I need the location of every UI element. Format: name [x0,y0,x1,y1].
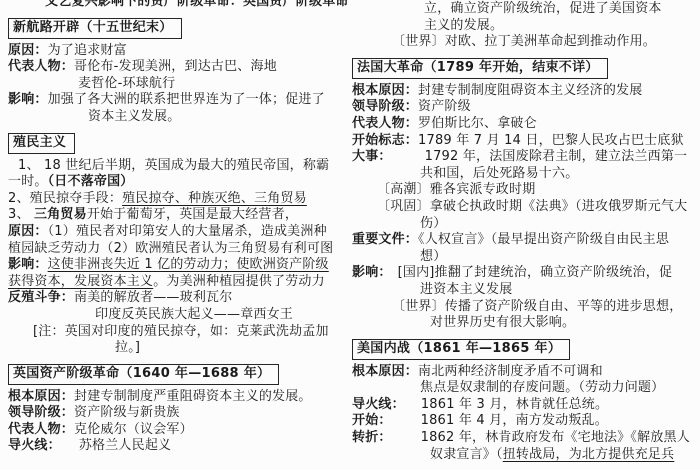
label: 开始： [352,413,392,428]
underlined-text: 获得资本，发展资本主义 [8,274,153,289]
right-column: 立，确立资产阶级统治，促进了美国资本 主义的发展。 〔世界〕对欧、拉丁美洲革命起… [352,1,698,463]
section-french-revolution: 法国大革命（1789 年开始，结束不详） [352,56,698,78]
text-line: 导火线：苏格兰人民起义 [8,438,352,455]
value: 3、 [8,207,34,222]
value: 南北两种经济制度矛盾不可调和 [418,364,603,379]
value: 植园缺乏劳动力（2）欧洲殖民者认为三角贸易有利可图 [8,241,333,256]
section-new-routes: 新航路开辟（十五世纪末） [8,16,352,38]
value: 进资本主义发展 [420,282,512,297]
value: 哥伦布-发现美洲，到达古巴、海地 [74,59,277,74]
text-line: 原因：（1）殖民者对印第安人的大量屠杀，造成美洲种 [8,224,352,241]
highlight: 三角贸易 [34,207,87,222]
text-line: 转折：1862 年，林肯政府发布《宅地法》《解放黑人 [352,430,698,447]
text-line: 焦点是奴隶制的存废问题。（劳动力问题） [352,380,698,397]
value: 1862 年，林肯政府发布《宅地法》《解放黑人 [421,430,690,445]
text-line: 影响：[国内]推翻了封建统治，确立资产阶级统治，促 [352,265,698,282]
label: 影响： [352,265,392,280]
text-line: [注：英国对印度的殖民掠夺，如：克莱武洗劫孟加 [8,324,352,341]
value: 立，确立资产阶级统治，促进了美国资本 [424,1,662,16]
text-line: 重要文件：《人权宣言》（最早提出资产阶级自由民主思 [352,232,698,249]
text-line: 大事：1792 年，法国废除君主制，建立法兰西第一 [352,149,698,166]
underlined-text: 殖民掠夺、种族灭绝、三角贸易 [122,191,307,206]
text-line: 领导阶级：资产阶级与新贵族 [8,405,352,422]
value: 印度反英民族大起义——章西女王 [95,307,293,322]
value: 主义的发展。 [424,18,503,33]
text-line: 拉。] [8,340,352,357]
underlined-text: 扭转战局，为北方提供充足兵 [503,447,675,462]
text-line: 影响：这使非洲丧失近 1 亿的劳动力；使欧洲资产阶级 [8,257,352,274]
text-line: 1、 18 世纪后半期，英国成为最大的殖民帝国，称霸 [8,158,352,175]
value: 资本主义发展。 [88,109,180,124]
label: 领导阶级： [352,99,418,114]
label: 大事： [352,149,392,164]
left-column: 文艺复兴影响下的资产阶级革命：英国资产阶级革命 新航路开辟（十五世纪末） 原因：… [8,0,352,455]
text-line: 奴隶宣言》（扭转战局，为北方提供充足兵 [352,447,698,464]
label: 原因： [8,43,48,58]
text-line: 代表人物：哥伦布-发现美洲，到达古巴、海地 [8,59,352,76]
text-line: 立，确立资产阶级统治，促进了美国资本 [352,1,698,18]
value: 〔世界〕对欧、拉丁美洲革命起到推动作用。 [392,34,656,49]
label: 领导阶级： [8,405,74,420]
section-colonialism: 殖民主义 [8,131,352,153]
value: 。为美洲种植园提供了劳动力 [153,274,325,289]
label: 导火线： [352,397,405,412]
notes-page: { "page": { "background": "#fcfcfc", "te… [0,0,700,470]
label: 原因： [8,224,48,239]
text-line: 获得资本，发展资本主义。为美洲种植园提供了劳动力 [8,274,352,291]
label: 根本原因： [8,389,74,404]
section-title-new-routes: 新航路开辟（十五世纪末） [8,18,182,39]
text-line: 共和国，后处死路易十六。 [352,166,698,183]
value: 共和国，后处死路易十六。 [420,166,578,181]
section-title-colonialism: 殖民主义 [8,133,75,154]
text-line: 根本原因：封建专制制度严重阻碍资本主义的发展。 [8,389,352,406]
text-line: 伤） [352,216,698,233]
value: 对世界历史有很大影响。 [430,315,575,330]
value: 焦点是奴隶制的存废问题。（劳动力问题） [420,380,664,395]
value: 封建专制制度阻碍资本主义经济的发展 [418,83,642,98]
text-line: 影响：加强了各大洲的联系把世界连为了一体；促进了 [8,92,352,109]
text-line: 代表人物：克伦威尔（议会军） [8,422,352,439]
value: 开始于葡萄牙，英国是最大经营者， [87,207,298,222]
underlined-text: 这使非洲丧失近 1 亿的劳动力；使欧洲资产阶级 [48,257,329,272]
value: 资产阶级 [418,99,471,114]
label: 导火线： [8,438,61,453]
label: 2、殖民掠夺手段： [8,191,122,206]
label: 根本原因： [352,83,418,98]
text-line: 2、殖民掠夺手段：殖民掠夺、种族灭绝、三角贸易 [8,191,352,208]
text-line: 根本原因：南北两种经济制度矛盾不可调和 [352,364,698,381]
text-line: 反殖斗争：南美的解放者——玻利瓦尔 [8,290,352,307]
value: 〔世界〕传播了资产阶级自由、平等的进步思想， [392,299,682,314]
text-line: 想） [352,249,698,266]
value: 1861 年 4 月，南方发动叛乱。 [421,413,608,428]
value: 拉。] [115,340,140,355]
section-american-civil-war: 美国内战（1861 年—1865 年） [352,337,698,359]
label: 影响： [8,92,48,107]
text-line: 3、 三角贸易开始于葡萄牙，英国是最大经营者， [8,207,352,224]
label: 重要文件： [352,232,418,247]
value: 资产阶级与新贵族 [74,405,180,420]
text-line: 〔世界〕传播了资产阶级自由、平等的进步思想， [352,299,698,316]
text-line: 导火线：1861 年 3 月，林肯就任总统。 [352,397,698,414]
value: 为了追求财富 [48,43,127,58]
value: 加强了各大洲的联系把世界连为了一体；促进了 [48,92,325,107]
text-line: 麦哲伦-环球航行 [8,76,352,93]
label: 代表人物： [8,59,74,74]
text-line: 〔巩固〕拿破仑执政时期《法典》（进攻俄罗斯元气大 [352,199,698,216]
value: 南美的解放者——玻利瓦尔 [74,290,232,305]
value: 想） [420,249,446,264]
value: 奴隶宣言》（ [430,447,503,462]
intro-line: 文艺复兴影响下的资产阶级革命：英国资产阶级革命 [8,0,352,11]
label: 根本原因： [352,364,418,379]
value: （1）殖民者对印第安人的大量屠杀，造成美洲种 [48,224,327,239]
text-line: 一时。（日不落帝国） [8,174,352,191]
text-line: 植园缺乏劳动力（2）欧洲殖民者认为三角贸易有利可图 [8,241,352,258]
text-line: 资本主义发展。 [8,109,352,126]
value: 〔巩固〕拿破仑执政时期《法典》（进攻俄罗斯元气大 [377,199,687,214]
label: 影响： [8,257,48,272]
value: 麦哲伦-环球航行 [78,76,175,91]
label: 代表人物： [352,116,418,131]
value: 克伦威尔（议会军） [74,422,193,437]
value: 伤） [420,216,446,231]
text-line: 〔世界〕对欧、拉丁美洲革命起到推动作用。 [352,34,698,51]
value: 《人权宣言》（最早提出资产阶级自由民主思 [418,232,669,247]
intro-text: 文艺复兴影响下的资产阶级革命：英国资产阶级革命 [45,0,349,9]
highlight: （日不落帝国） [48,174,134,189]
value: [国内]推翻了封建统治，确立资产阶级统治，促 [398,265,673,280]
text-line: 主义的发展。 [352,18,698,35]
value: [注：英国对印度的殖民掠夺，如：克莱武洗劫孟加 [33,324,329,339]
text-line: 进资本主义发展 [352,282,698,299]
value: 1789 年 7 月 14 日，巴黎人民攻占巴士底狱 [418,133,684,148]
label: 转折： [352,430,392,445]
value: 1、 18 世纪后半期，英国成为最大的殖民帝国，称霸 [18,158,329,173]
text-line: 原因：为了追求财富 [8,43,352,60]
label: 反殖斗争： [8,290,74,305]
value: 封建专制制度严重阻碍资本主义的发展。 [74,389,312,404]
section-title-french-revolution: 法国大革命（1789 年开始，结束不详） [352,58,608,79]
section-english-revolution: 英国资产阶级革命（1640 年—1688 年） [8,362,352,384]
value: 1861 年 3 月，林肯就任总统。 [421,397,608,412]
text-line: 开始：1861 年 4 月，南方发动叛乱。 [352,413,698,430]
value: 苏格兰人民起义 [79,438,171,453]
text-line: 代表人物：罗伯斯比尔、拿破仑 [352,116,698,133]
value: 罗伯斯比尔、拿破仑 [418,116,537,131]
section-title-english-revolution: 英国资产阶级革命（1640 年—1688 年） [8,364,279,385]
text-line: 根本原因：封建专制制度阻碍资本主义经济的发展 [352,83,698,100]
label: 开始标志： [352,133,418,148]
text-line: 印度反英民族大起义——章西女王 [8,307,352,324]
value: 〔高潮〕雅各宾派专政时期 [377,182,535,197]
section-title-american-civil-war: 美国内战（1861 年—1865 年） [352,339,570,360]
label: 代表人物： [8,422,74,437]
text-line: 〔高潮〕雅各宾派专政时期 [352,182,698,199]
text-line: 开始标志：1789 年 7 月 14 日，巴黎人民攻占巴士底狱 [352,133,698,150]
value: 1792 年，法国废除君主制，建立法兰西第一 [425,149,688,164]
text-line: 对世界历史有很大影响。 [352,315,698,332]
value: 一时。 [8,174,48,189]
text-line: 领导阶级：资产阶级 [352,99,698,116]
